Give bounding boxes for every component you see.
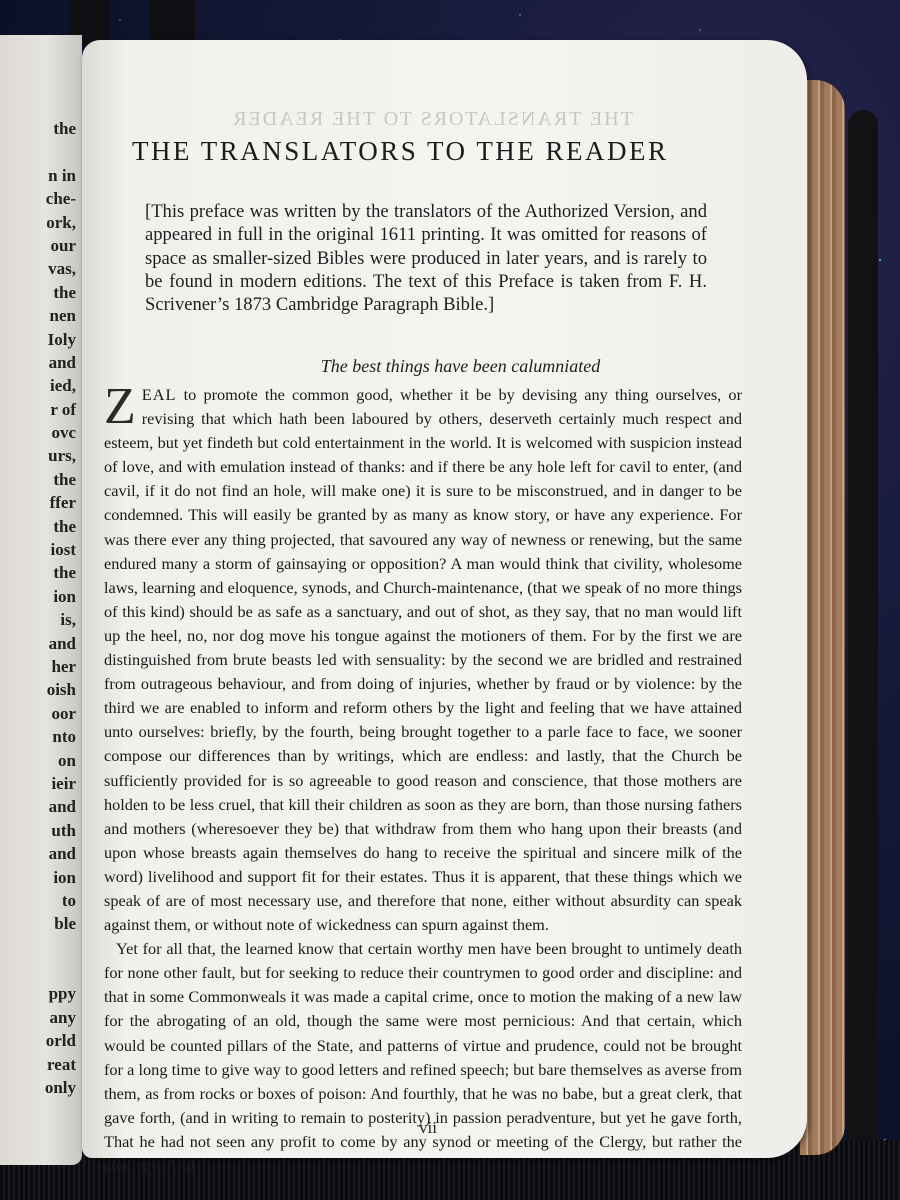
left-page: the n inche-ork,ourvas,thenenIolyandied,…: [0, 35, 82, 1165]
left-page-fragment: [45, 936, 76, 959]
left-page-fragment: on: [45, 749, 76, 772]
lead-smallcaps: EAL: [142, 385, 177, 404]
left-page-fragment: reat: [45, 1053, 76, 1076]
left-page-fragment: [45, 959, 76, 982]
left-page-fragment: to: [45, 889, 76, 912]
left-page-fragment: ble: [45, 912, 76, 935]
left-page-fragment: ffer: [45, 491, 76, 514]
left-page-fragment: the: [45, 515, 76, 538]
left-page-fragment: is,: [45, 608, 76, 631]
left-page-fragment: and: [45, 795, 76, 818]
paragraph-text: to promote the common good, whether it b…: [104, 385, 742, 934]
left-page-fragment: ppy: [45, 982, 76, 1005]
left-page-fragment: ion: [45, 585, 76, 608]
left-page-fragment: and: [45, 351, 76, 374]
left-page-fragment: her: [45, 655, 76, 678]
left-page-fragment: [45, 1123, 76, 1146]
right-page: THE TRANSLATORS TO THE READER THE TRANSL…: [82, 40, 807, 1158]
left-page-fragment: vas,: [45, 257, 76, 280]
paragraph: Yet for all that, the learned know that …: [104, 937, 742, 1178]
book-cover-edge: [848, 110, 878, 1170]
left-page-fragment: che-: [45, 187, 76, 210]
left-page-fragment: nen: [45, 304, 76, 327]
left-page-fragment: the: [45, 117, 76, 140]
body-text: ZEAL to promote the common good, whether…: [104, 383, 742, 1178]
left-page-fragment: ied,: [45, 374, 76, 397]
left-page-text-fragments: the n inche-ork,ourvas,thenenIolyandied,…: [45, 117, 76, 1165]
page-title: THE TRANSLATORS TO THE READER: [132, 136, 732, 167]
left-page-fragment: the: [45, 561, 76, 584]
left-page-fragment: ieir: [45, 772, 76, 795]
section-heading: The best things have been calumniated: [82, 356, 807, 377]
left-page-fragment: iost: [45, 538, 76, 561]
paragraph: ZEAL to promote the common good, whether…: [104, 383, 742, 937]
left-page-fragment: Ioly: [45, 328, 76, 351]
ribbon-marker: [150, 0, 195, 45]
left-page-fragment: urs,: [45, 444, 76, 467]
left-page-fragment: oor: [45, 702, 76, 725]
editorial-note: [This preface was written by the transla…: [145, 200, 707, 316]
left-page-fragment: [45, 140, 76, 163]
left-page-fragment: nto: [45, 725, 76, 748]
left-page-fragment: ork,: [45, 211, 76, 234]
left-page-fragment: only: [45, 1076, 76, 1099]
bleed-through-heading: THE TRANSLATORS TO THE READER: [182, 108, 682, 131]
left-page-fragment: r of: [45, 398, 76, 421]
left-page-fragment: the: [45, 281, 76, 304]
left-page-fragment: and: [45, 842, 76, 865]
left-page-fragment: and: [45, 632, 76, 655]
page-number: vii: [419, 1118, 437, 1138]
left-page-fragment: any: [45, 1006, 76, 1029]
left-page-fragment: [45, 1099, 76, 1122]
left-page-fragment: ovc: [45, 421, 76, 444]
left-page-fragment: ion: [45, 866, 76, 889]
drop-cap: Z: [104, 387, 136, 427]
left-page-fragment: the: [45, 468, 76, 491]
left-page-fragment: n in: [45, 164, 76, 187]
left-page-fragment: oish: [45, 678, 76, 701]
left-page-fragment: orld: [45, 1029, 76, 1052]
left-page-fragment: uth: [45, 819, 76, 842]
left-page-fragment: our: [45, 234, 76, 257]
left-page-fragment: [45, 1146, 76, 1165]
